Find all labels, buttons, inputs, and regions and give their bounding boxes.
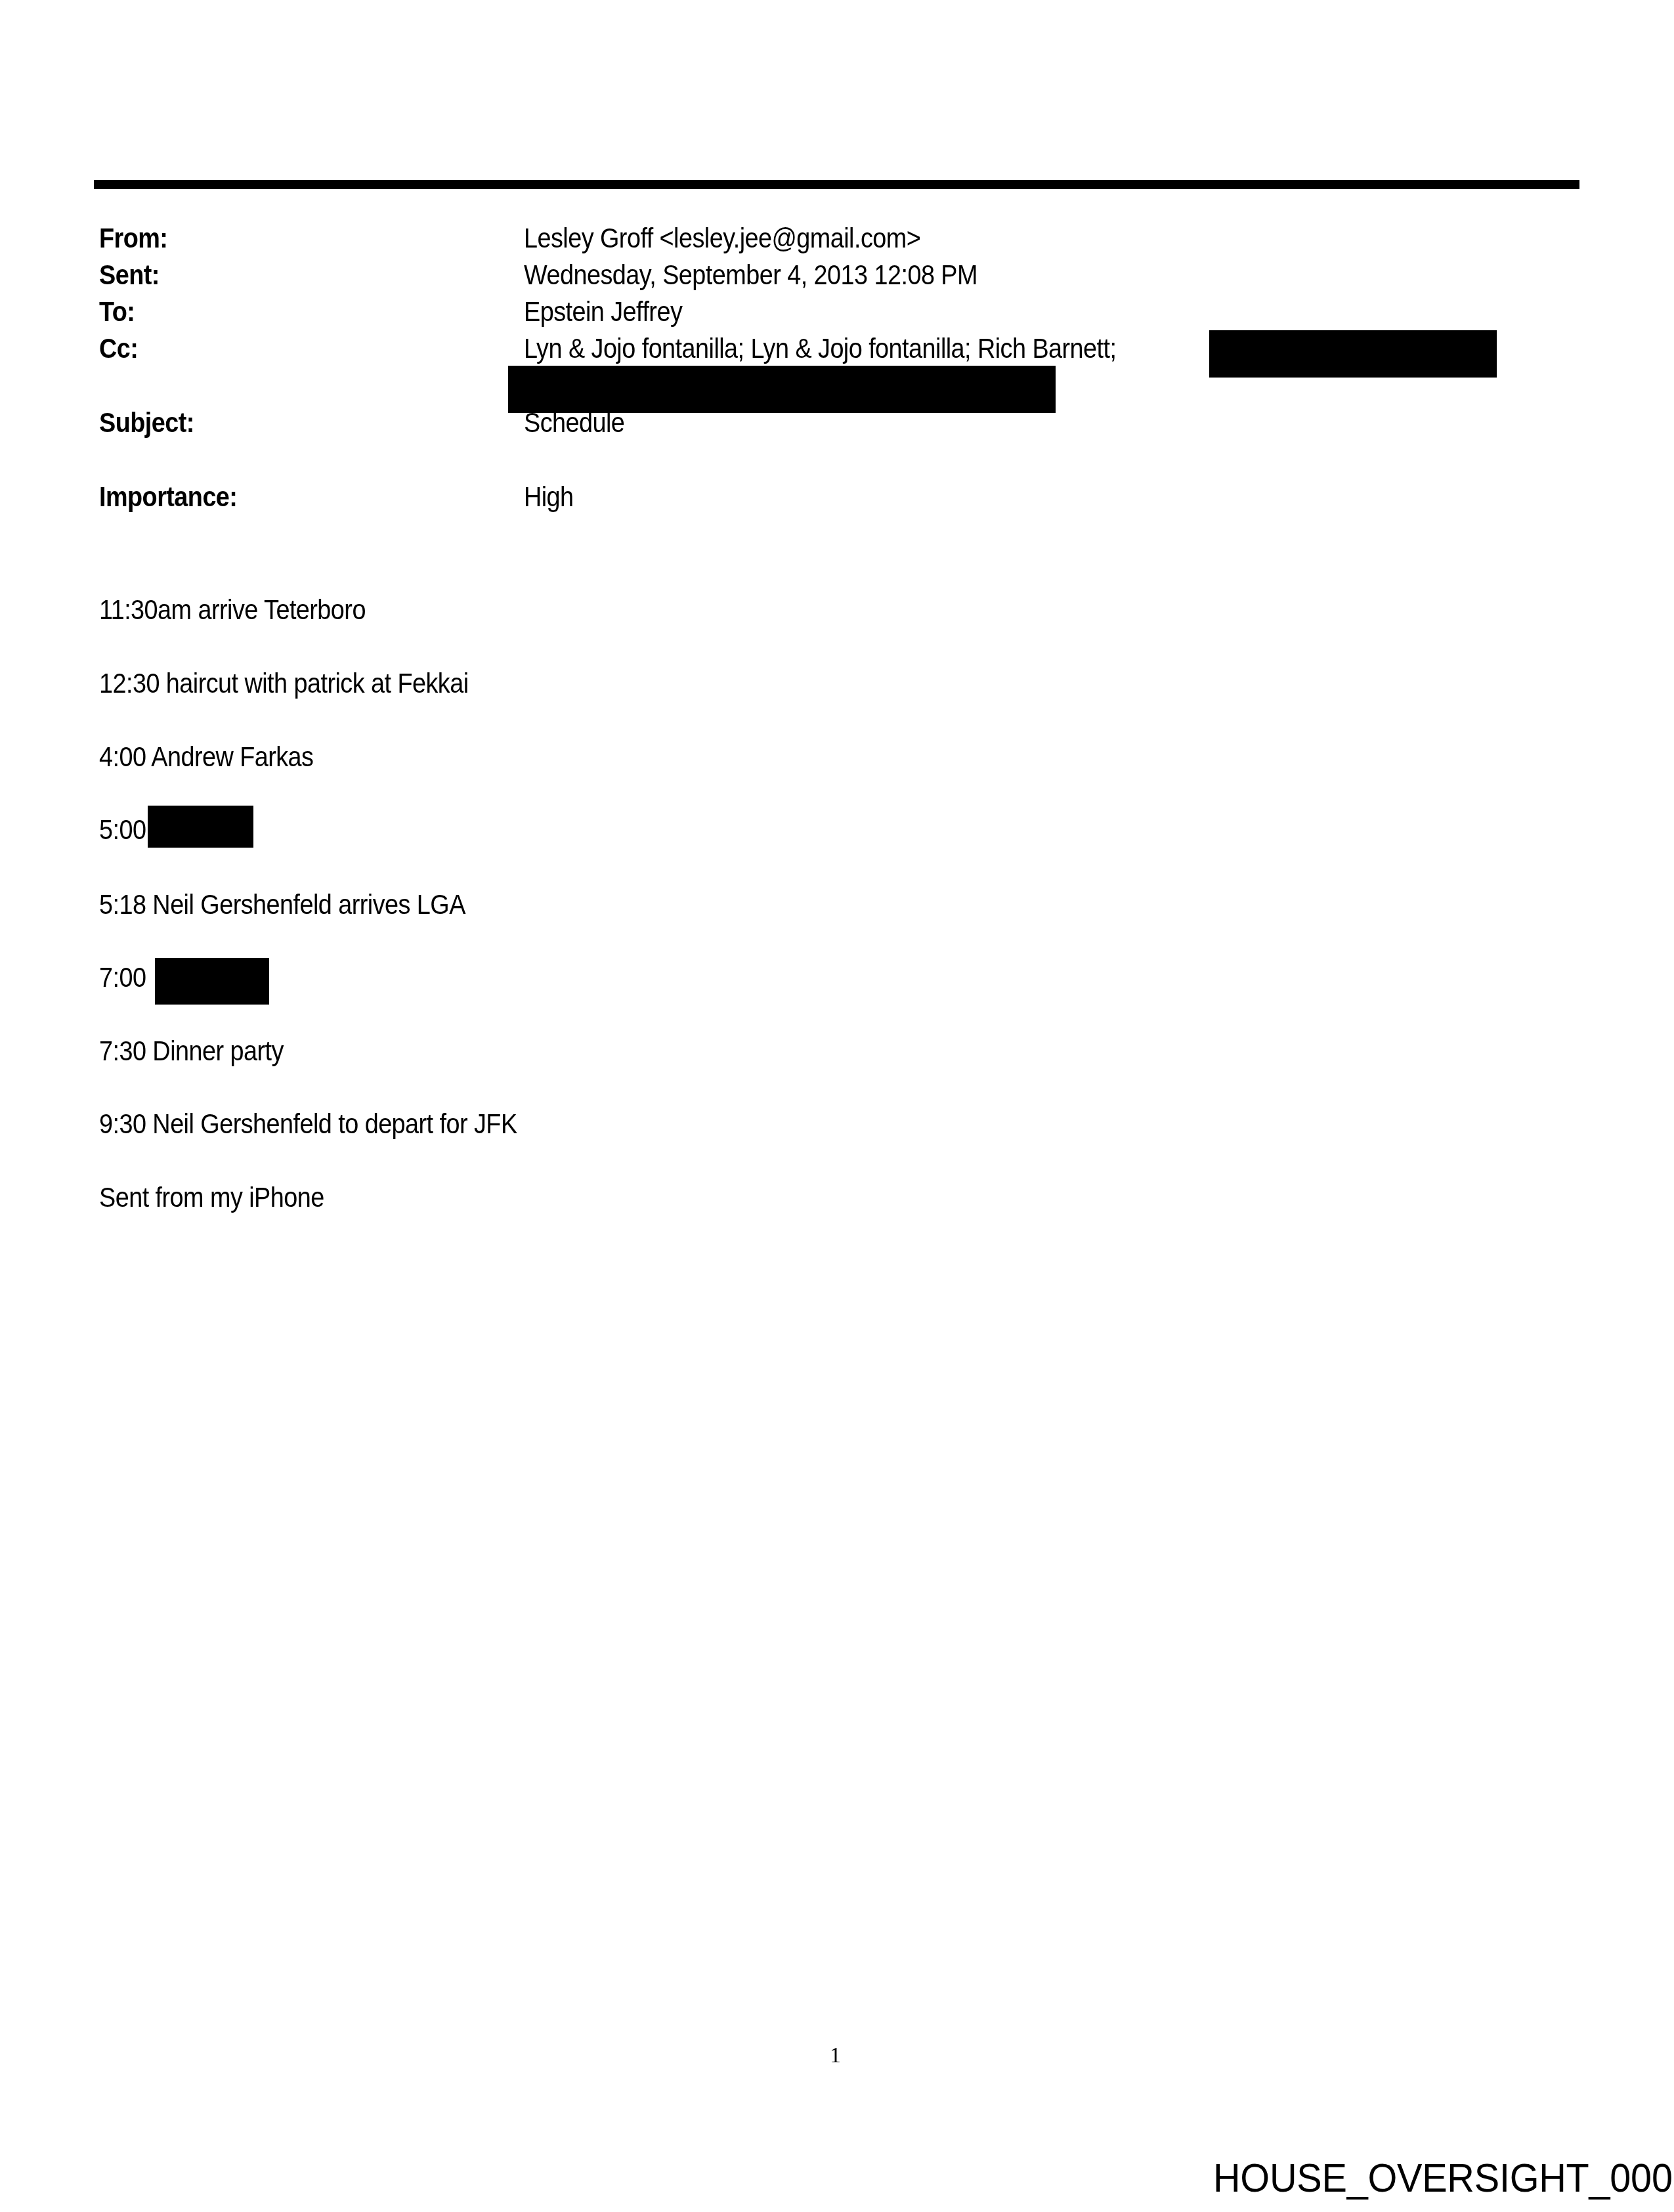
document-page: From: Lesley Groff <lesley.jee@gmail.com… [0, 0, 1674, 2212]
bates-number: HOUSE_OVERSIGHT_000903 [1213, 2158, 1674, 2199]
subject-label: Subject: [99, 409, 194, 437]
email-signature: Sent from my iPhone [99, 1184, 324, 1211]
cc-redaction-box-1 [1209, 330, 1497, 378]
schedule-item: 5:18 Neil Gershenfeld arrives LGA [99, 891, 465, 919]
cc-redaction-box-2 [508, 366, 1056, 413]
schedule-item: 7:00 [99, 964, 146, 991]
schedule-item: 7:30 Dinner party [99, 1037, 284, 1065]
cc-label: Cc: [99, 335, 138, 362]
schedule-item: 4:00 Andrew Farkas [99, 743, 313, 771]
importance-label: Importance: [99, 483, 237, 511]
importance-value: High [524, 483, 574, 511]
schedule-item: 12:30 haircut with patrick at Fekkai [99, 670, 469, 697]
schedule-item: 11:30am arrive Teterboro [99, 596, 366, 624]
subject-value: Schedule [524, 409, 624, 437]
sent-value: Wednesday, September 4, 2013 12:08 PM [524, 261, 977, 289]
page-number: 1 [830, 2045, 841, 2067]
header-divider-rule [94, 180, 1579, 189]
cc-value: Lyn & Jojo fontanilla; Lyn & Jojo fontan… [524, 335, 1116, 362]
from-label: From: [99, 225, 167, 252]
to-value: Epstein Jeffrey [524, 298, 682, 326]
schedule-item: 9:30 Neil Gershenfeld to depart for JFK [99, 1110, 517, 1138]
body-redaction-box-2 [155, 958, 269, 1005]
to-label: To: [99, 298, 135, 326]
sent-label: Sent: [99, 261, 160, 289]
schedule-item: 5:00 [99, 816, 146, 844]
from-value: Lesley Groff <lesley.jee@gmail.com> [524, 225, 920, 252]
body-redaction-box-1 [148, 806, 253, 848]
